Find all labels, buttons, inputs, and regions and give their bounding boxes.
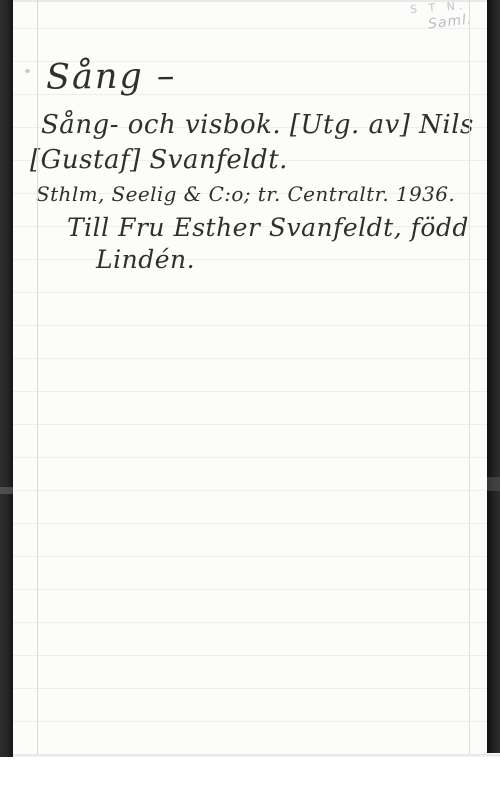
card-heading: Sång – <box>46 59 177 95</box>
dedication-line-2: Lindén. <box>96 247 195 272</box>
scan-edge-right <box>487 0 500 753</box>
scan-edge-left <box>0 0 13 757</box>
scan-edge-right-notch <box>487 477 500 491</box>
scanned-catalog-card: S T N. Saml. Sång – Sång- och visbok. [U… <box>0 0 500 800</box>
pencil-shelfmark-line2: Saml. <box>427 11 473 32</box>
imprint-line: Sthlm, Seelig & C:o; tr. Centraltr. 1936… <box>36 184 455 204</box>
paper-card: S T N. Saml. Sång – Sång- och visbok. [U… <box>0 0 500 756</box>
ink-dot <box>25 69 30 73</box>
right-margin-rule <box>469 0 470 756</box>
left-margin-rule <box>37 0 38 756</box>
title-line-1: Sång- och visbok. [Utg. av] Nils <box>41 112 474 138</box>
scan-edge-left-notch <box>0 487 13 494</box>
dedication-line-1: Till Fru Esther Svanfeldt, född <box>67 215 469 240</box>
title-line-2: [Gustaf] Svanfeldt. <box>30 147 288 173</box>
card-bottom-edge <box>0 754 500 757</box>
